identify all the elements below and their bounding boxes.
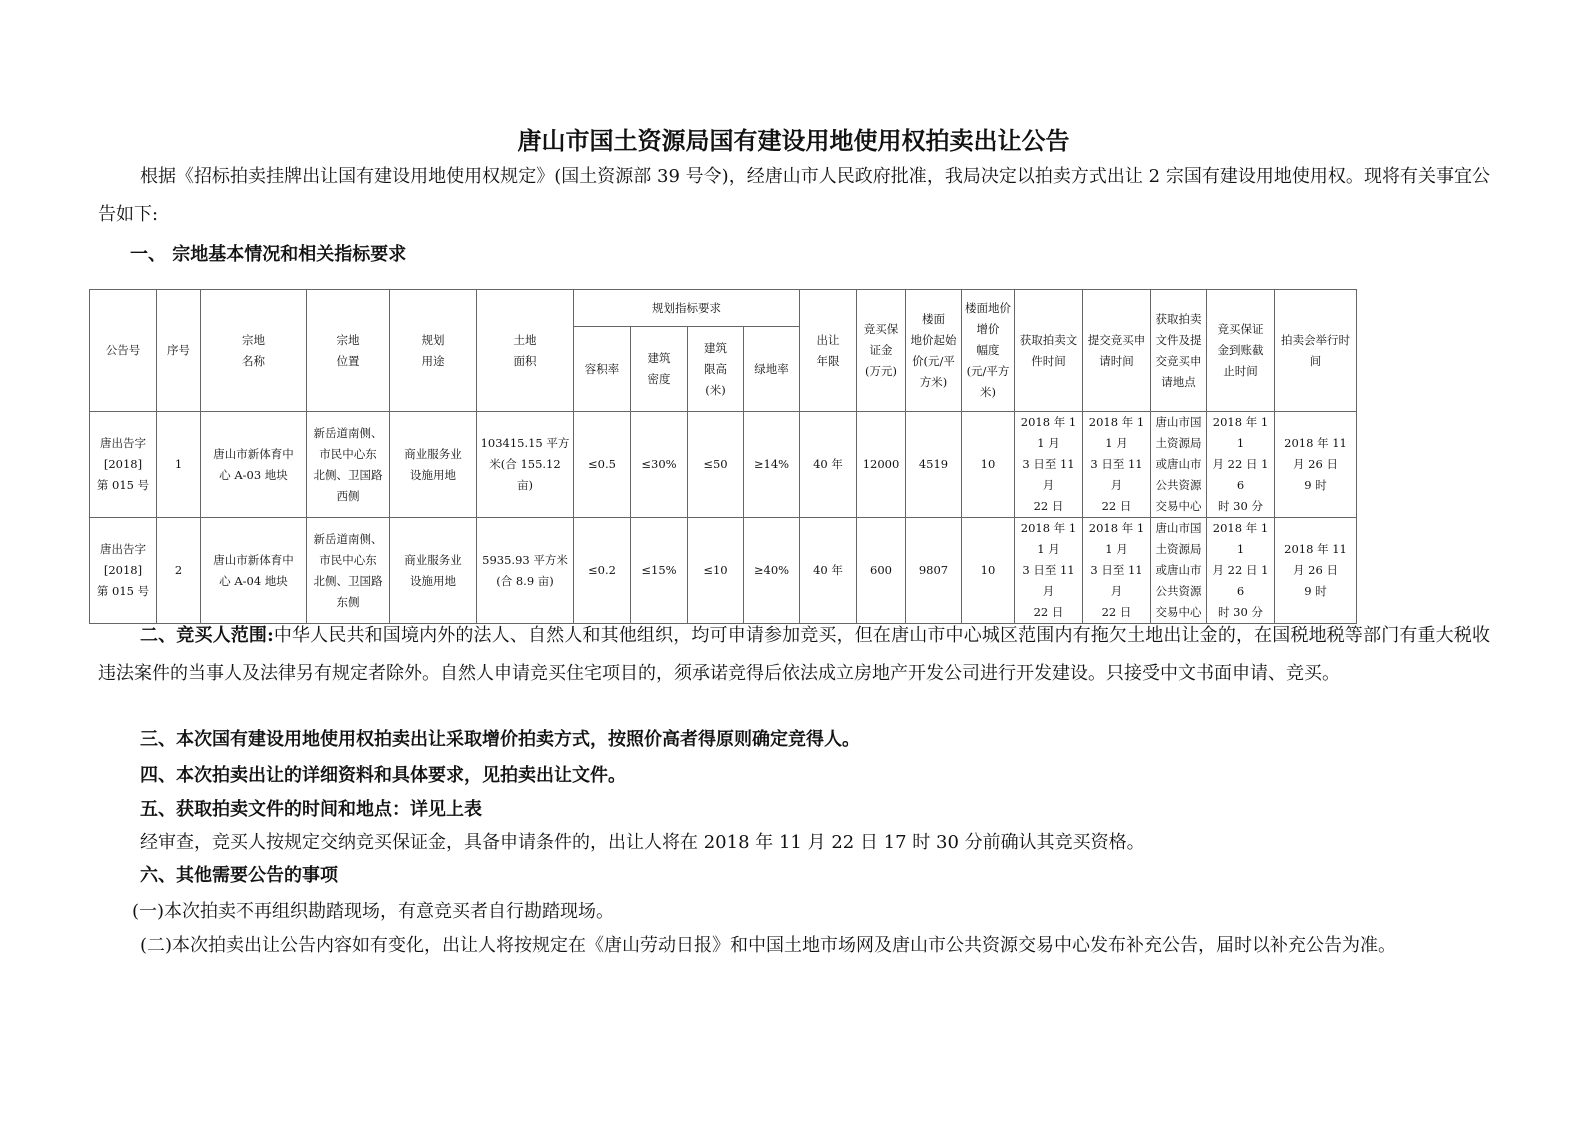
cell-line: 位置 <box>310 351 386 372</box>
cell-line: (元/平方 <box>965 361 1011 382</box>
cell-line: 3 日至 11 月 <box>1018 560 1079 602</box>
cell-height-limit: ≤50 <box>688 412 744 518</box>
cell-line: 2018 年 11 月 26 日 <box>1278 433 1353 475</box>
cell-line: 交竞买申 <box>1154 351 1203 372</box>
cell-doc-place: 唐山市国土资源局或唐山市公共资源交易中心 <box>1151 518 1207 624</box>
header-parcel-location: 宗地位置 <box>307 290 390 412</box>
cell-building-density: ≤15% <box>631 518 688 624</box>
cell-line: 唐山市新体育中 <box>204 550 303 571</box>
cell-line: 东侧 <box>310 592 386 613</box>
cell-line: 楼面 <box>909 309 958 330</box>
cell-planned-use: 商业服务业设施用地 <box>390 518 477 624</box>
cell-doc-time: 2018 年 11 月3 日至 11 月22 日 <box>1015 518 1083 624</box>
cell-line: 或唐山市 <box>1154 560 1203 581</box>
cell-line: 名称 <box>204 351 303 372</box>
cell-line: 土资源局 <box>1154 539 1203 560</box>
section3-heading: 三、本次国有建设用地使用权拍卖出让采取增价拍卖方式，按照价高者得原则确定竞得人。 <box>98 721 1490 759</box>
cell-line: 出让 <box>803 330 853 351</box>
cell-parcel-name: 唐山市新体育中心 A-03 地块 <box>201 412 307 518</box>
cell-line: 第 015 号 <box>93 475 153 496</box>
cell-apply-time: 2018 年 11 月3 日至 11 月22 日 <box>1083 518 1151 624</box>
cell-line: 第 015 号 <box>93 581 153 602</box>
cell-deposit: 12000 <box>857 412 906 518</box>
cell-deposit: 600 <box>857 518 906 624</box>
parcel-table: 公告号 序号 宗地名称 宗地位置 规划用途 土地面积 规划指标要求 出让年限 竞… <box>89 289 1466 624</box>
cell-line: 22 日 <box>1018 496 1079 517</box>
cell-line: 宗地 <box>204 330 303 351</box>
cell-land-area: 103415.15 平方米(合 155.12亩) <box>477 412 574 518</box>
header-parcel-name: 宗地名称 <box>201 290 307 412</box>
header-planning-group: 规划指标要求 <box>574 290 800 327</box>
cell-line: 证金 <box>860 340 902 361</box>
header-deposit: 竞买保证金(万元) <box>857 290 906 412</box>
cell-line: 亩) <box>480 475 570 496</box>
cell-line: 请地点 <box>1154 372 1203 393</box>
cell-line: 2018 年 11 月 26 日 <box>1278 539 1353 581</box>
cell-line: 容积率 <box>577 359 627 380</box>
cell-line: (合 8.9 亩) <box>480 571 570 592</box>
header-height-limit: 建筑限高(米) <box>688 327 744 412</box>
cell-start-price: 9807 <box>906 518 962 624</box>
intro-paragraph: 根据《招标拍卖挂牌出让国有建设用地使用权规定》(国土资源部 39 号令)，经唐山… <box>98 158 1490 234</box>
cell-line: 月 22 日 16 <box>1210 454 1271 496</box>
cell-line: 唐出告字 <box>93 539 153 560</box>
cell-line: 文件及提 <box>1154 330 1203 351</box>
cell-deposit-deadline: 2018 年 11月 22 日 16时 30 分 <box>1207 518 1275 624</box>
cell-auction-time: 2018 年 11 月 26 日9 时 <box>1275 518 1357 624</box>
cell-building-density: ≤30% <box>631 412 688 518</box>
cell-parcel-location: 新岳道南侧、市民中心东北侧、卫国路西侧 <box>307 412 390 518</box>
header-increment: 楼面地价增价幅度(元/平方米) <box>962 290 1015 412</box>
cell-line: 公共资源 <box>1154 581 1203 602</box>
cell-line: 竞买保证 <box>1210 319 1271 340</box>
cell-line: 竞买保 <box>860 319 902 340</box>
cell-start-price: 4519 <box>906 412 962 518</box>
cell-line: 2018 年 11 <box>1210 412 1271 454</box>
section4-heading: 四、本次拍卖出让的详细资料和具体要求，见拍卖出让文件。 <box>98 757 1490 795</box>
cell-line: [2018] <box>93 560 153 581</box>
cell-doc-place: 唐山市国土资源局或唐山市公共资源交易中心 <box>1151 412 1207 518</box>
cell-line: 3 日至 11 月 <box>1018 454 1079 496</box>
cell-auction-time: 2018 年 11 月 26 日9 时 <box>1275 412 1357 518</box>
header-apply-time: 提交竞买申请时间 <box>1083 290 1151 412</box>
cell-line: (米) <box>691 380 740 401</box>
cell-line: 商业服务业 <box>393 550 473 571</box>
cell-line: 增价 <box>965 319 1011 340</box>
cell-line: 方米) <box>909 372 958 393</box>
cell-line: 103415.15 平方 <box>480 433 570 454</box>
cell-line: 拍卖会举行时间 <box>1278 330 1353 372</box>
cell-line: 请时间 <box>1086 351 1147 372</box>
cell-land-area: 5935.93 平方米(合 8.9 亩) <box>477 518 574 624</box>
cell-line: 获取拍卖 <box>1154 309 1203 330</box>
header-notice-no: 公告号 <box>90 290 157 412</box>
cell-green-ratio: ≥14% <box>744 412 800 518</box>
header-planned-use: 规划用途 <box>390 290 477 412</box>
cell-line: 市民中心东 <box>310 550 386 571</box>
cell-line: 唐出告字 <box>93 433 153 454</box>
section2-paragraph: 二、竞买人范围:中华人民共和国境内外的法人、自然人和其他组织，均可申请参加竞买，… <box>98 617 1490 693</box>
cell-line: 9 时 <box>1278 581 1353 602</box>
header-deposit-deadline: 竞买保证金到账截止时间 <box>1207 290 1275 412</box>
cell-line: 22 日 <box>1086 496 1147 517</box>
cell-line: 序号 <box>160 340 197 361</box>
table-row: 唐出告字[2018]第 015 号 2 唐山市新体育中心 A-04 地块 新岳道… <box>90 518 1466 624</box>
cell-line: 面积 <box>480 351 570 372</box>
cell-line: 设施用地 <box>393 465 473 486</box>
cell-deposit-deadline: 2018 年 11月 22 日 16时 30 分 <box>1207 412 1275 518</box>
cell-line: 公共资源 <box>1154 475 1203 496</box>
cell-line: 唐山市新体育中 <box>204 444 303 465</box>
cell-line: 2018 年 11 <box>1210 518 1271 560</box>
header-term: 出让年限 <box>800 290 857 412</box>
cell-line: 2018 年 11 月 <box>1086 518 1147 560</box>
cell-line: 用途 <box>393 351 473 372</box>
table-row: 唐出告字[2018]第 015 号 1 唐山市新体育中心 A-03 地块 新岳道… <box>90 412 1466 518</box>
cell-line: 商业服务业 <box>393 444 473 465</box>
cell-line: 或唐山市 <box>1154 454 1203 475</box>
cell-line: 心 A-04 地块 <box>204 571 303 592</box>
cell-increment: 10 <box>962 518 1015 624</box>
cell-line: 价(元/平 <box>909 351 958 372</box>
cell-term: 40 年 <box>800 518 857 624</box>
cell-height-limit: ≤10 <box>688 518 744 624</box>
cell-line: (万元) <box>860 361 902 382</box>
header-green-ratio: 绿地率 <box>744 327 800 412</box>
section2-text: 中华人民共和国境内外的法人、自然人和其他组织，均可申请参加竞买，但在唐山市中心城… <box>98 625 1490 684</box>
cell-line: 3 日至 11 月 <box>1086 560 1147 602</box>
cell-line: 公告号 <box>93 340 153 361</box>
cell-line: 建筑 <box>691 338 740 359</box>
cell-plot-ratio: ≤0.5 <box>574 412 631 518</box>
cell-line: [2018] <box>93 454 153 475</box>
cell-line: 止时间 <box>1210 361 1271 382</box>
cell-line: 密度 <box>634 369 684 390</box>
cell-line: 2018 年 11 月 <box>1018 412 1079 454</box>
section1-heading: 一、 宗地基本情况和相关指标要求 <box>130 236 1522 274</box>
cell-line: 米(合 155.12 <box>480 454 570 475</box>
cell-line: 2018 年 11 月 <box>1018 518 1079 560</box>
header-plot-ratio: 容积率 <box>574 327 631 412</box>
cell-line: 时 30 分 <box>1210 496 1271 517</box>
cell-line: 年限 <box>803 351 853 372</box>
cell-line: 建筑 <box>634 348 684 369</box>
cell-line: 北侧、卫国路 <box>310 571 386 592</box>
cell-line: 米) <box>965 382 1011 403</box>
cell-parcel-name: 唐山市新体育中心 A-04 地块 <box>201 518 307 624</box>
cell-line: 2018 年 11 月 <box>1086 412 1147 454</box>
cell-line: 北侧、卫国路 <box>310 465 386 486</box>
section2-label: 二、竞买人范围: <box>140 625 274 646</box>
cell-line: 唐山市国 <box>1154 412 1203 433</box>
cell-line: 土地 <box>480 330 570 351</box>
cell-term: 40 年 <box>800 412 857 518</box>
cell-line: 件时间 <box>1018 351 1079 372</box>
header-start-price: 楼面地价起始价(元/平方米) <box>906 290 962 412</box>
cell-line: 宗地 <box>310 330 386 351</box>
cell-line: 心 A-03 地块 <box>204 465 303 486</box>
cell-seq: 2 <box>157 518 201 624</box>
header-building-density: 建筑密度 <box>631 327 688 412</box>
cell-line: 新岳道南侧、 <box>310 529 386 550</box>
cell-apply-time: 2018 年 11 月3 日至 11 月22 日 <box>1083 412 1151 518</box>
cell-line: 新岳道南侧、 <box>310 423 386 444</box>
header-doc-place: 获取拍卖文件及提交竞买申请地点 <box>1151 290 1207 412</box>
section6-heading: 六、其他需要公告的事项 <box>98 857 1490 895</box>
header-doc-time: 获取拍卖文件时间 <box>1015 290 1083 412</box>
cell-line: 地价起始 <box>909 330 958 351</box>
header-auction-time: 拍卖会举行时间 <box>1275 290 1357 412</box>
cell-line: 获取拍卖文 <box>1018 330 1079 351</box>
cell-line: 5935.93 平方米 <box>480 550 570 571</box>
cell-notice-no: 唐出告字[2018]第 015 号 <box>90 518 157 624</box>
header-land-area: 土地面积 <box>477 290 574 412</box>
cell-seq: 1 <box>157 412 201 518</box>
cell-line: 限高 <box>691 359 740 380</box>
cell-line: 设施用地 <box>393 571 473 592</box>
cell-line: 唐山市国 <box>1154 518 1203 539</box>
document-title: 唐山市国土资源局国有建设用地使用权拍卖出让公告 <box>0 121 1587 156</box>
cell-planned-use: 商业服务业设施用地 <box>390 412 477 518</box>
section6-item-1: (一)本次拍卖不再组织勘踏现场，有意竞买者自行勘踏现场。 <box>132 893 1490 931</box>
section6-item-2: (二)本次拍卖出让公告内容如有变化，出让人将按规定在《唐山劳动日报》和中国土地市… <box>98 927 1490 965</box>
cell-line: 9 时 <box>1278 475 1353 496</box>
cell-line: 交易中心 <box>1154 496 1203 517</box>
cell-line: 楼面地价 <box>965 298 1011 319</box>
cell-increment: 10 <box>962 412 1015 518</box>
cell-line: 市民中心东 <box>310 444 386 465</box>
header-seq: 序号 <box>157 290 201 412</box>
cell-doc-time: 2018 年 11 月3 日至 11 月22 日 <box>1015 412 1083 518</box>
cell-line: 绿地率 <box>747 359 796 380</box>
cell-green-ratio: ≥40% <box>744 518 800 624</box>
cell-line: 月 22 日 16 <box>1210 560 1271 602</box>
cell-plot-ratio: ≤0.2 <box>574 518 631 624</box>
cell-line: 金到账截 <box>1210 340 1271 361</box>
cell-line: 土资源局 <box>1154 433 1203 454</box>
cell-line: 西侧 <box>310 486 386 507</box>
cell-line: 幅度 <box>965 340 1011 361</box>
cell-parcel-location: 新岳道南侧、市民中心东北侧、卫国路东侧 <box>307 518 390 624</box>
cell-line: 3 日至 11 月 <box>1086 454 1147 496</box>
cell-line: 规划 <box>393 330 473 351</box>
cell-line: 提交竞买申 <box>1086 330 1147 351</box>
cell-notice-no: 唐出告字[2018]第 015 号 <box>90 412 157 518</box>
